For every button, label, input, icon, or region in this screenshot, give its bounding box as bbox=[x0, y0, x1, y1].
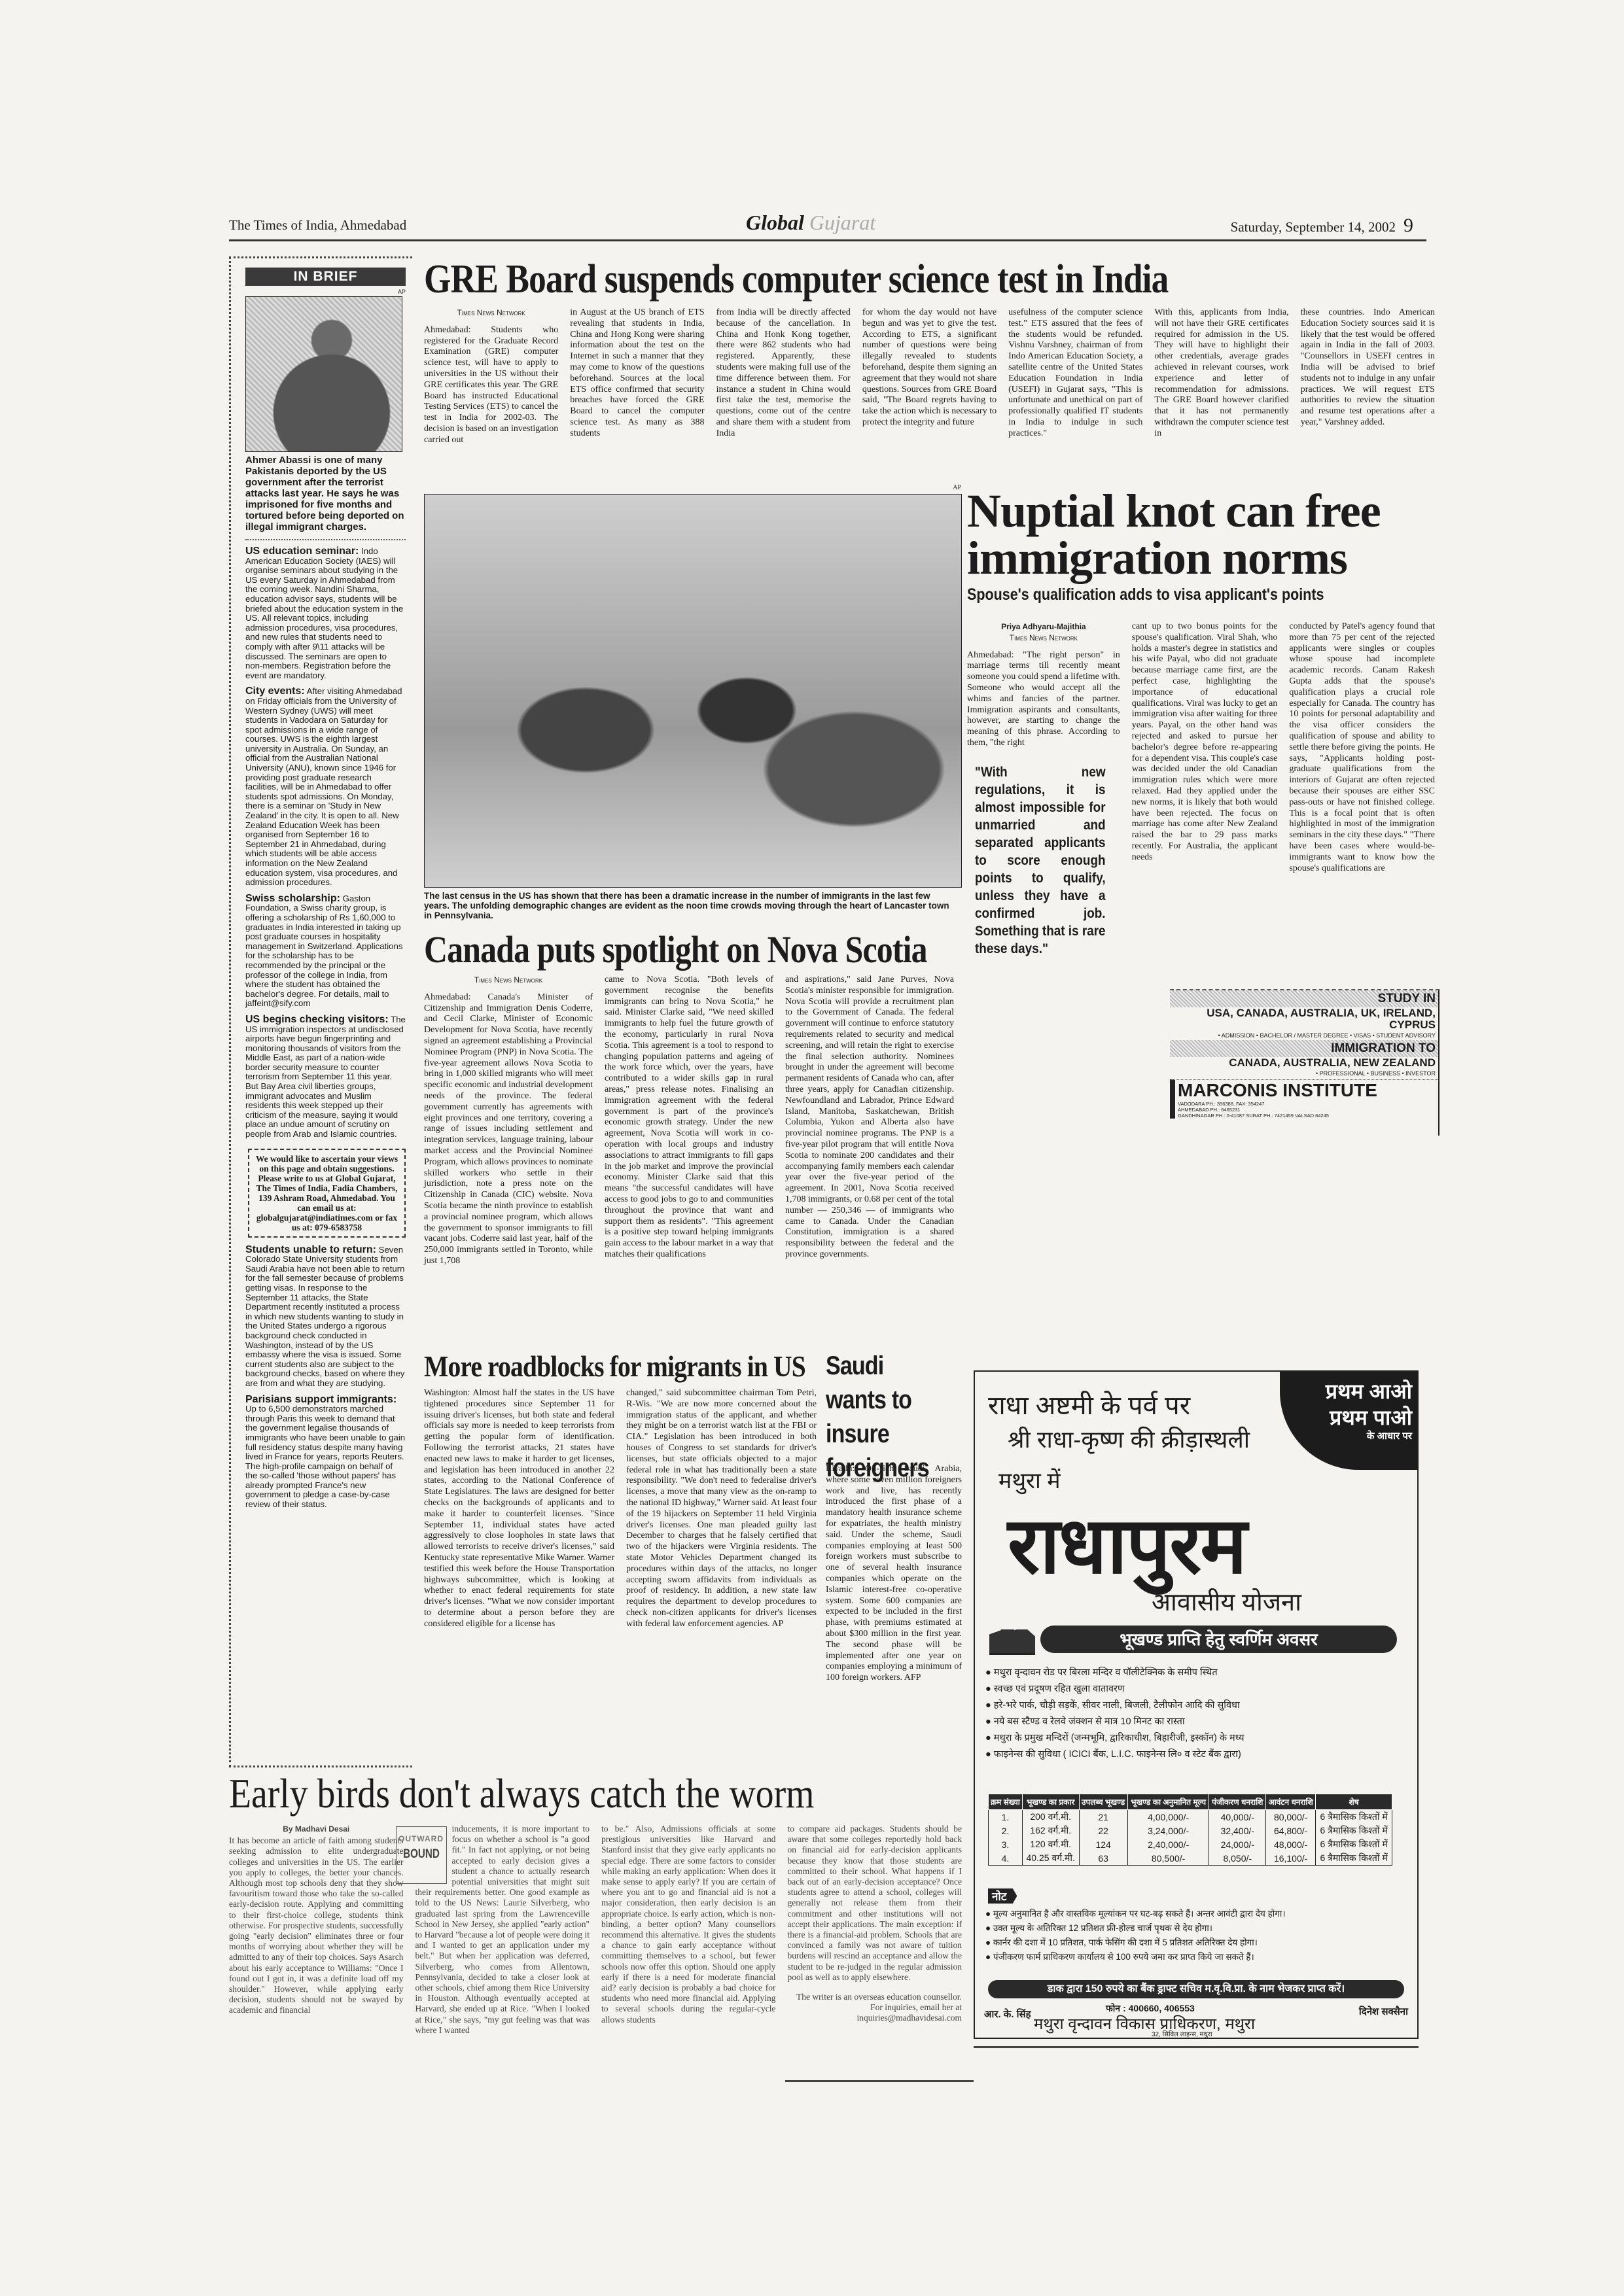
brief-item: City events: After visiting Ahmedabad on… bbox=[245, 687, 406, 887]
first-come-badge: प्रथम आओप्रथम पाओके आधार पर bbox=[1280, 1372, 1417, 1470]
study-in-heading: STUDY IN bbox=[1170, 990, 1438, 1007]
notes-list: मूल्य अनुमानित है और वास्तविक मूल्यांकन … bbox=[985, 1907, 1286, 1964]
scheme-title: राधापुरम bbox=[1008, 1489, 1246, 1596]
crowd-photo: AP bbox=[424, 494, 962, 888]
photo-credit: AP bbox=[953, 484, 961, 491]
early-birds-article: By Madhavi Desai It has become an articl… bbox=[229, 1824, 962, 2072]
features-list: मथुरा वृन्दावन रोड पर बिरला मन्दिर व पॉल… bbox=[985, 1665, 1244, 1763]
plot-price-table: क्रम संख्याभूखण्ड का प्रकारउपलब्ध भूखण्ड… bbox=[988, 1794, 1392, 1866]
authority-address: 32, सिविल लाइन्स, मथुरा bbox=[1152, 2029, 1212, 2038]
portrait-photo bbox=[245, 296, 402, 452]
table-row: 1.200 वर्ग.मी.214,00,000/-40,000/-80,000… bbox=[989, 1810, 1392, 1824]
outward-bound-logo: OUTWARDBOUND bbox=[396, 1826, 447, 1884]
brief-item: Swiss scholarship: Gaston Foundation, a … bbox=[245, 894, 406, 1009]
signatory-right: दिनेश सक्सैना bbox=[1359, 2005, 1408, 2018]
writer-note: The writer is an overseas education coun… bbox=[788, 1992, 962, 2023]
nuptial-article: Priya Adhyaru-Majithia Times News Networ… bbox=[967, 621, 1435, 1001]
radhapuram-ad: राधा अष्टमी के पर्व पर श्री राधा-कृष्ण क… bbox=[974, 1370, 1419, 2039]
nuptial-headline: Nuptial knot can free immigration norms bbox=[967, 487, 1438, 582]
photo-caption: Ahmer Abassi is one of many Pakistanis d… bbox=[245, 455, 406, 540]
paper-name: The Times of India, Ahmedabad bbox=[229, 217, 406, 234]
masthead: The Times of India, Ahmedabad Global Guj… bbox=[229, 215, 1413, 241]
marconis-ad: STUDY IN USA, CANADA, AUSTRALIA, UK, IRE… bbox=[1170, 989, 1439, 1136]
photo-credit: AP bbox=[245, 288, 406, 295]
byline-org: Times News Network bbox=[967, 633, 1120, 644]
table-row: 4.40.25 वर्ग.मी.6380,500/-8,050/-16,100/… bbox=[989, 1851, 1392, 1866]
bottom-rule bbox=[785, 2080, 974, 2082]
signatory-left: आर. के. सिंह bbox=[984, 2008, 1031, 2021]
pull-quote: "With new regulations, it is almost impo… bbox=[975, 763, 1106, 958]
page-number: 9 bbox=[1403, 215, 1413, 236]
bank-draft-banner: डाक द्वारा 150 रुपये का बैंक ड्राफ्ट सचि… bbox=[988, 1980, 1404, 1998]
institute-name: MARCONIS INSTITUTE bbox=[1170, 1079, 1438, 1101]
crowd-photo-caption: The last census in the US has shown that… bbox=[424, 891, 954, 920]
canada-article: Times News NetworkAhmedabad: Canada's Mi… bbox=[424, 975, 954, 1341]
nuptial-subhead: Spouse's qualification adds to visa appl… bbox=[967, 585, 1324, 604]
canada-headline: Canada puts spotlight on Nova Scotia bbox=[424, 928, 927, 971]
brief-item: Parisians support immigrants: Up to 6,50… bbox=[245, 1395, 406, 1510]
byline: By Madhavi Desai bbox=[229, 1824, 404, 1834]
roadblocks-article: Washington: Almost half the states in th… bbox=[424, 1388, 817, 1754]
byline: Times News Network bbox=[424, 307, 558, 319]
note-arrow-label: नोट bbox=[988, 1888, 1017, 1904]
immigration-to-heading: IMMIGRATION TO bbox=[1170, 1040, 1438, 1057]
feedback-box: We would like to ascertain your views on… bbox=[248, 1149, 406, 1238]
brief-item: Students unable to return: Seven Colorad… bbox=[245, 1245, 406, 1389]
section-title: Global Gujarat bbox=[746, 211, 875, 235]
golden-opportunity-banner: भूखण्ड प्राप्ति हेतु स्वर्णिम अवसर bbox=[1040, 1626, 1397, 1653]
issue-date: Saturday, September 14, 20029 bbox=[1231, 215, 1413, 237]
in-brief-tag: IN BRIEF bbox=[245, 268, 406, 286]
early-birds-headline: Early birds don't always catch the worm bbox=[229, 1769, 814, 1818]
authority-name: मथुरा वृन्दावन विकास प्राधिकरण, मथुरा bbox=[1034, 2013, 1255, 2034]
brief-item: US begins checking visitors: The US immi… bbox=[245, 1015, 406, 1139]
ad-bottom-rule bbox=[974, 2046, 1419, 2048]
gre-headline: GRE Board suspends computer science test… bbox=[424, 256, 1168, 303]
in-brief-sidebar: IN BRIEF AP Ahmer Abassi is one of many … bbox=[229, 256, 412, 1767]
temple-logo-icon bbox=[989, 1614, 1035, 1655]
masthead-rule bbox=[229, 239, 1426, 241]
roadblocks-headline: More roadblocks for migrants in US bbox=[424, 1349, 805, 1383]
table-row: 2.162 वर्ग.मी.223,24,000/-32,400/-64,800… bbox=[989, 1824, 1392, 1837]
byline: Times News Network bbox=[424, 975, 593, 986]
byline-name: Priya Adhyaru-Majithia bbox=[967, 621, 1120, 633]
gre-article: Times News NetworkAhmedabad: Students wh… bbox=[424, 307, 1435, 504]
table-row: 3.120 वर्ग.मी.1242,40,000/-24,000/-48,00… bbox=[989, 1837, 1392, 1851]
brief-item: US education seminar: Indo American Educ… bbox=[245, 547, 406, 680]
saudi-article: Riyadh: Oil-rich Saudi Arabia, where som… bbox=[826, 1464, 962, 1684]
